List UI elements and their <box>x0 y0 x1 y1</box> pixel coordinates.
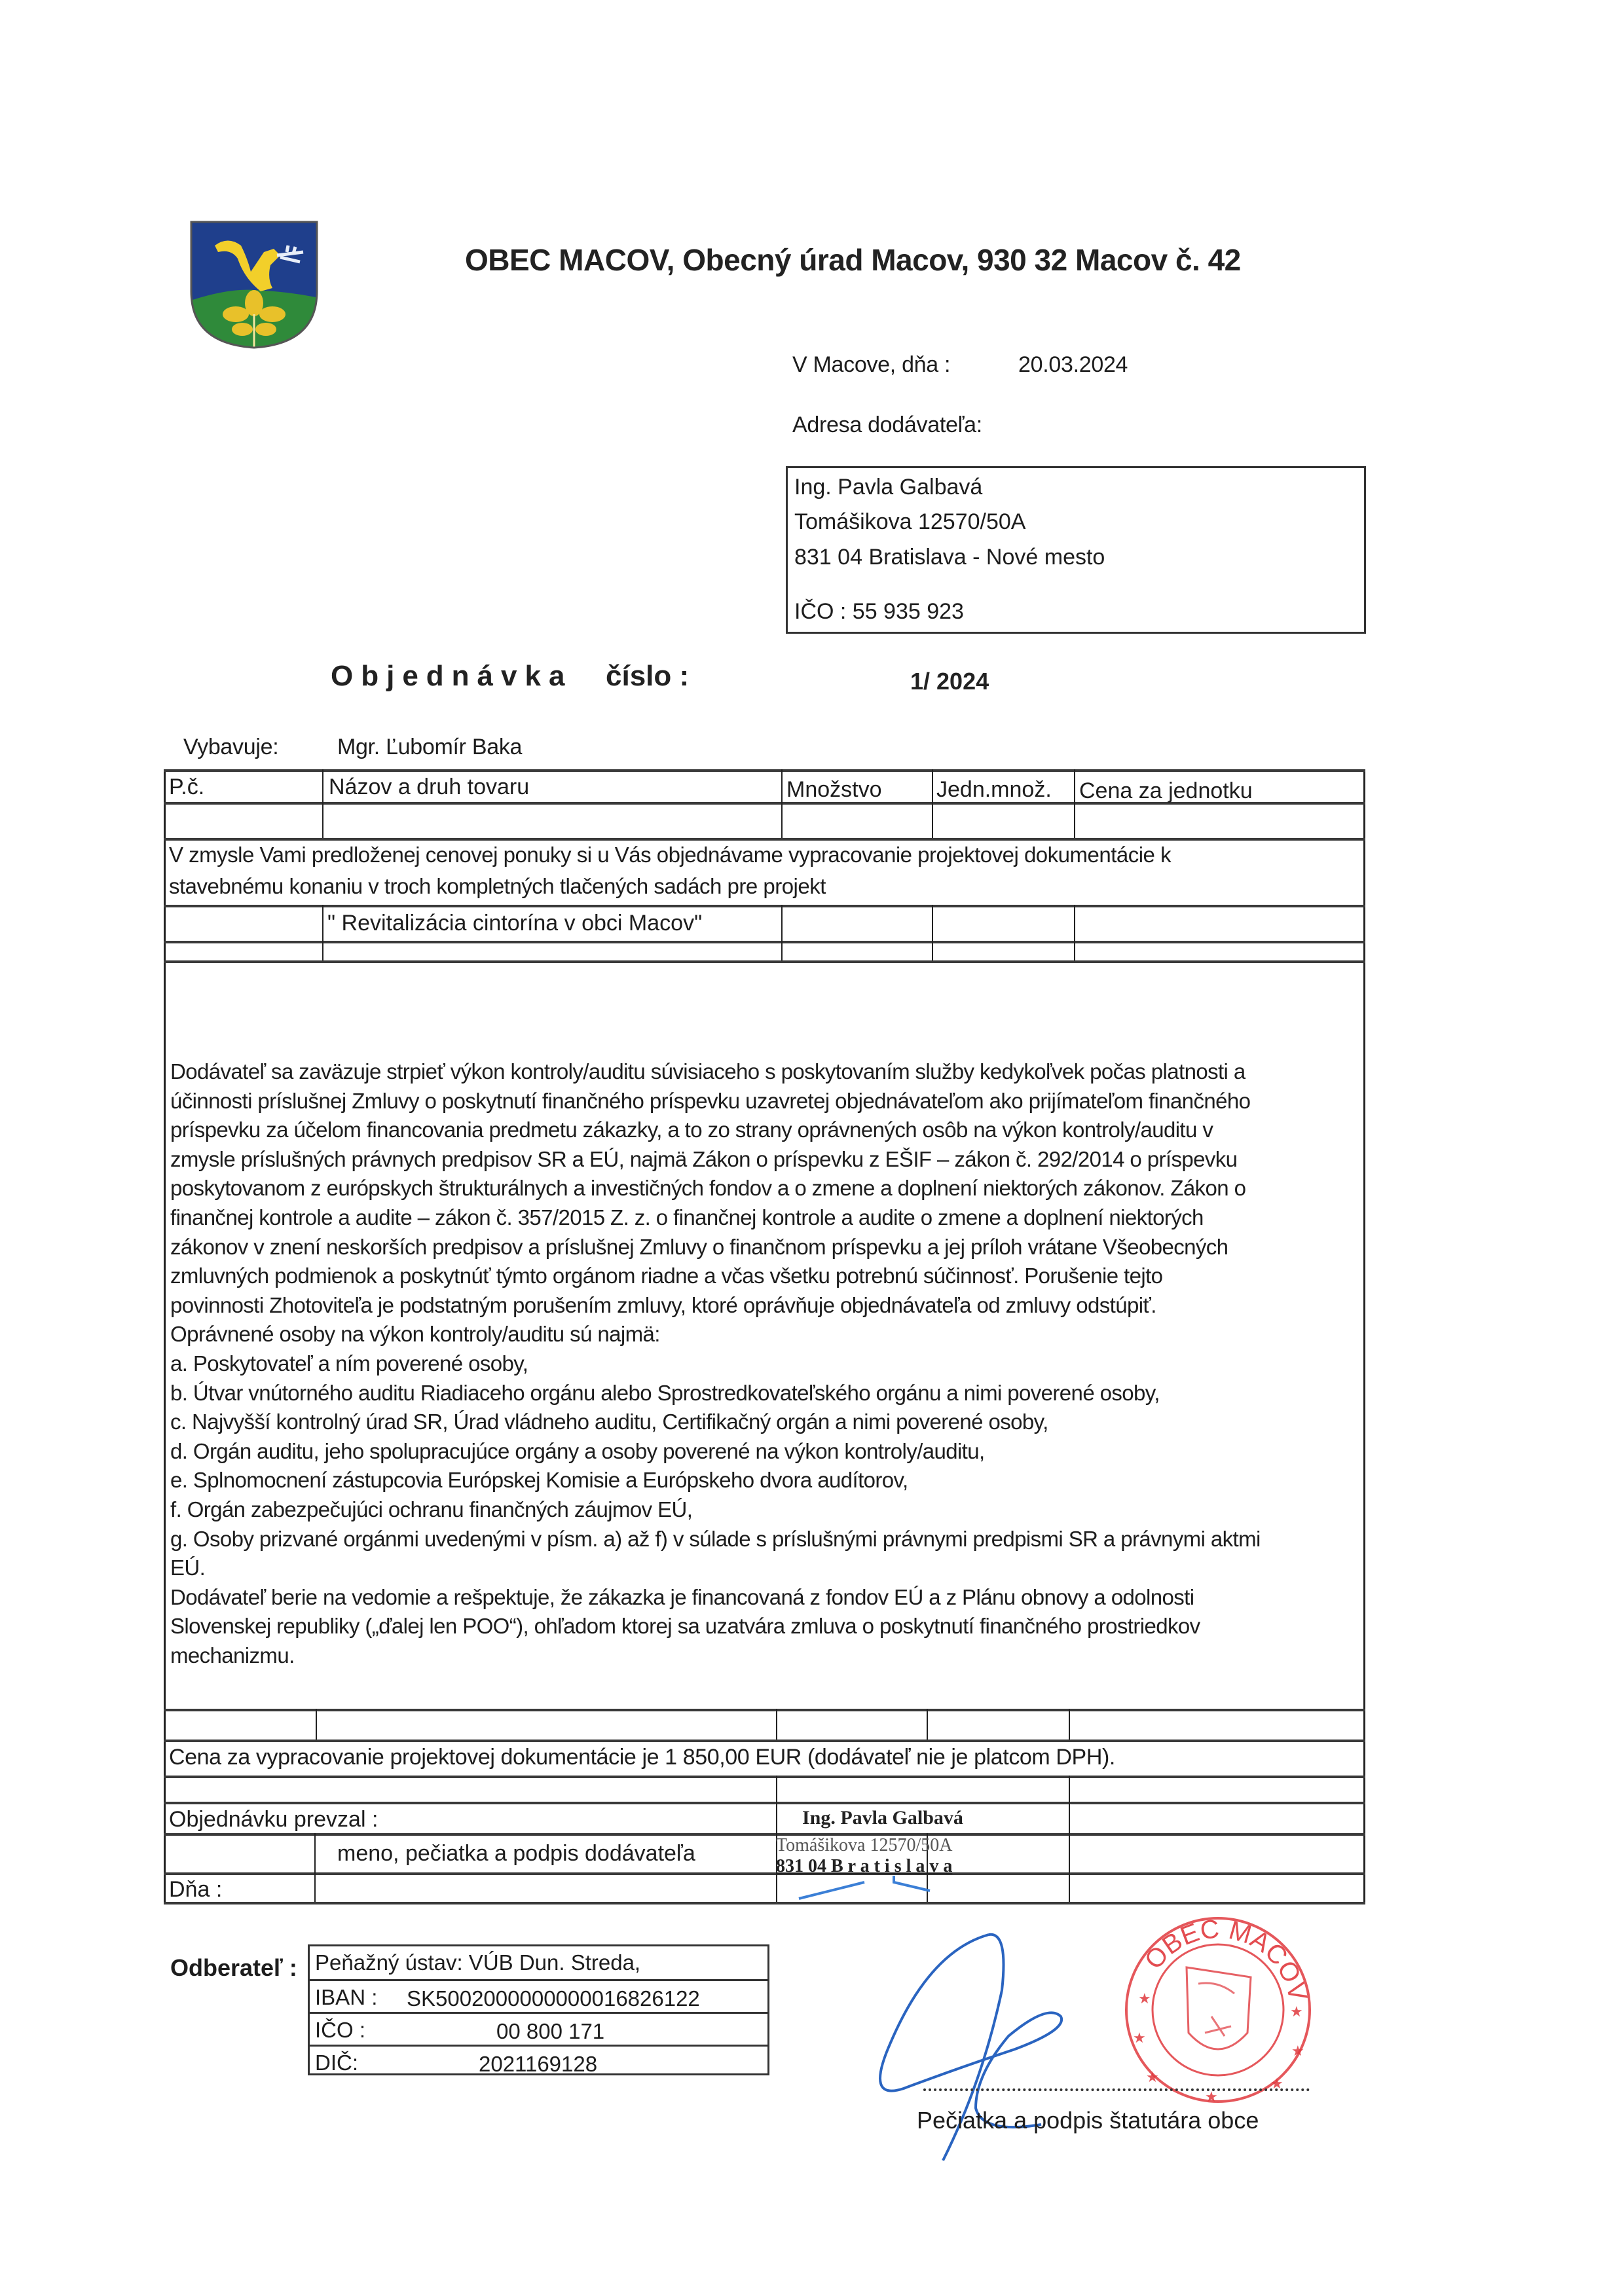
col-header-item: Názov a druh tovaru <box>329 774 529 800</box>
audit-clause-line: povinnosti Zhotoviteľa je podstatným por… <box>170 1291 1362 1321</box>
order-date: 20.03.2024 <box>1018 354 1128 376</box>
audit-clause-line: Dodávateľ berie na vedomie a rešpektuje,… <box>170 1583 1362 1613</box>
received-by-label: Objednávku prevzal : <box>169 1807 378 1832</box>
order-table: P.č. Názov a druh tovaru Množstvo Jedn.m… <box>164 769 1365 1902</box>
supplier-signature-mark <box>786 1866 982 1905</box>
order-number: 1/ 2024 <box>910 668 989 695</box>
price-statement: Cena za vypracovanie projektovej dokumen… <box>169 1745 1115 1770</box>
supplier-stamp-name: Ing. Pavla Galbavá <box>802 1807 963 1829</box>
audit-clause-line: e. Splnomocnení zástupcovia Európskej Ko… <box>170 1466 1362 1495</box>
audit-clause-line: zmluvných podmienok a poskytnúť týmto or… <box>170 1262 1362 1291</box>
customer-details-box: Peňažný ústav: VÚB Dun. Streda, IBAN : S… <box>308 1944 769 2075</box>
customer-ico-row: IČO : 00 800 171 <box>310 2012 767 2045</box>
place-date-label: V Macove, dňa : <box>792 354 950 376</box>
audit-clause-line: g. Osoby prizvané orgánmi uvedenými v pí… <box>170 1525 1362 1554</box>
col-header-number: P.č. <box>169 774 204 800</box>
iban-label: IBAN : <box>315 1985 377 2010</box>
customer-bank-row: Peňažný ústav: VÚB Dun. Streda, <box>310 1946 767 1979</box>
dic-value: 2021169128 <box>479 2052 597 2077</box>
customer-iban-row: IBAN : SK5002000000000016826122 <box>310 1979 767 2012</box>
signature-caption: Pečiatka a podpis štatutára obce <box>917 2107 1259 2134</box>
coat-of-arms-icon <box>189 219 320 350</box>
audit-clause-line: b. Útvar vnútorného auditu Riadiaceho or… <box>170 1379 1362 1408</box>
supplier-sign-label: meno, pečiatka a podpis dodávateľa <box>337 1841 695 1867</box>
audit-clause-line: a. Poskytovateľ a ním poverené osoby, <box>170 1349 1362 1379</box>
audit-clause-line: príspevku za účelom financovania predmet… <box>170 1116 1362 1145</box>
municipality-header: OBEC MACOV, Obecný úrad Macov, 930 32 Ma… <box>465 242 1241 278</box>
order-intro-line-1: V zmysle Vami predloženej cenovej ponuky… <box>169 843 1171 867</box>
audit-clause-line: zákonov v znení neskorších predpisov a p… <box>170 1233 1362 1262</box>
audit-clause-line: Slovenskej republiky („ďalej len POO“), … <box>170 1612 1362 1641</box>
col-header-quantity: Množstvo <box>786 777 882 803</box>
svg-text:★: ★ <box>1291 2043 1304 2060</box>
supplier-ico: IČO : 55 935 923 <box>794 599 964 625</box>
supplier-street: Tomášikova 12570/50A <box>794 509 1025 535</box>
received-date-label: Dňa : <box>169 1877 222 1903</box>
signature-line <box>923 2088 1310 2091</box>
col-header-unit-price: Cena za jednotku <box>1079 778 1253 804</box>
order-title: Objednávka <box>331 660 572 693</box>
dic-label: DIČ: <box>315 2050 358 2075</box>
audit-clause: Dodávateľ sa zaväzuje strpieť výkon kont… <box>170 1057 1362 1670</box>
audit-clause-line: poskytovanom z európskych štrukturálnych… <box>170 1174 1362 1203</box>
audit-clause-line: d. Orgán auditu, jeho spolupracujúce org… <box>170 1437 1362 1467</box>
audit-clause-line: f. Orgán zabezpečujúci ochranu finančnýc… <box>170 1495 1362 1525</box>
statutory-signature <box>851 1912 1179 2187</box>
customer-bank: Peňažný ústav: VÚB Dun. Streda, <box>315 1950 640 1975</box>
supplier-stamp-street: Tomášikova 12570/50A <box>776 1835 952 1856</box>
audit-clause-line: EÚ. <box>170 1554 1362 1583</box>
order-intro-line-2: stavebnému konaniu v troch kompletných t… <box>169 874 826 899</box>
col-header-unit: Jedn.množ. <box>936 777 1052 803</box>
audit-clause-line: finančnej kontrole a audite – zákon č. 3… <box>170 1203 1362 1233</box>
supplier-address-label: Adresa dodávateľa: <box>792 414 982 436</box>
order-number-label: číslo : <box>606 660 689 693</box>
audit-clause-line: mechanizmu. <box>170 1641 1362 1671</box>
ico-label: IČO : <box>315 2018 365 2043</box>
supplier-address-box: Ing. Pavla Galbavá Tomášikova 12570/50A … <box>786 466 1366 634</box>
svg-text:★: ★ <box>1205 2089 1218 2105</box>
project-name: " Revitalizácia cintorína v obci Macov" <box>327 911 702 936</box>
audit-clause-line: účinnosti príslušnej Zmluvy o poskytnutí… <box>170 1087 1362 1116</box>
customer-label: Odberateľ : <box>170 1954 297 1982</box>
handled-by-name: Mgr. Ľubomír Baka <box>337 736 522 758</box>
supplier-city: 831 04 Bratislava - Nové mesto <box>794 545 1105 570</box>
ico-value: 00 800 171 <box>496 2019 604 2044</box>
customer-dic-row: DIČ: 2021169128 <box>310 2045 767 2077</box>
audit-clause-line: Dodávateľ sa zaväzuje strpieť výkon kont… <box>170 1057 1362 1087</box>
handled-by-label: Vybavuje: <box>183 736 278 758</box>
audit-clause-line: Oprávnené osoby na výkon kontroly/auditu… <box>170 1320 1362 1349</box>
iban-value: SK5002000000000016826122 <box>407 1986 700 2011</box>
svg-text:★: ★ <box>1290 2004 1303 2020</box>
audit-clause-line: zmysle príslušných právnych predpisov SR… <box>170 1145 1362 1175</box>
supplier-name: Ing. Pavla Galbavá <box>794 475 982 500</box>
audit-clause-line: c. Najvyšší kontrolný úrad SR, Úrad vlád… <box>170 1408 1362 1437</box>
